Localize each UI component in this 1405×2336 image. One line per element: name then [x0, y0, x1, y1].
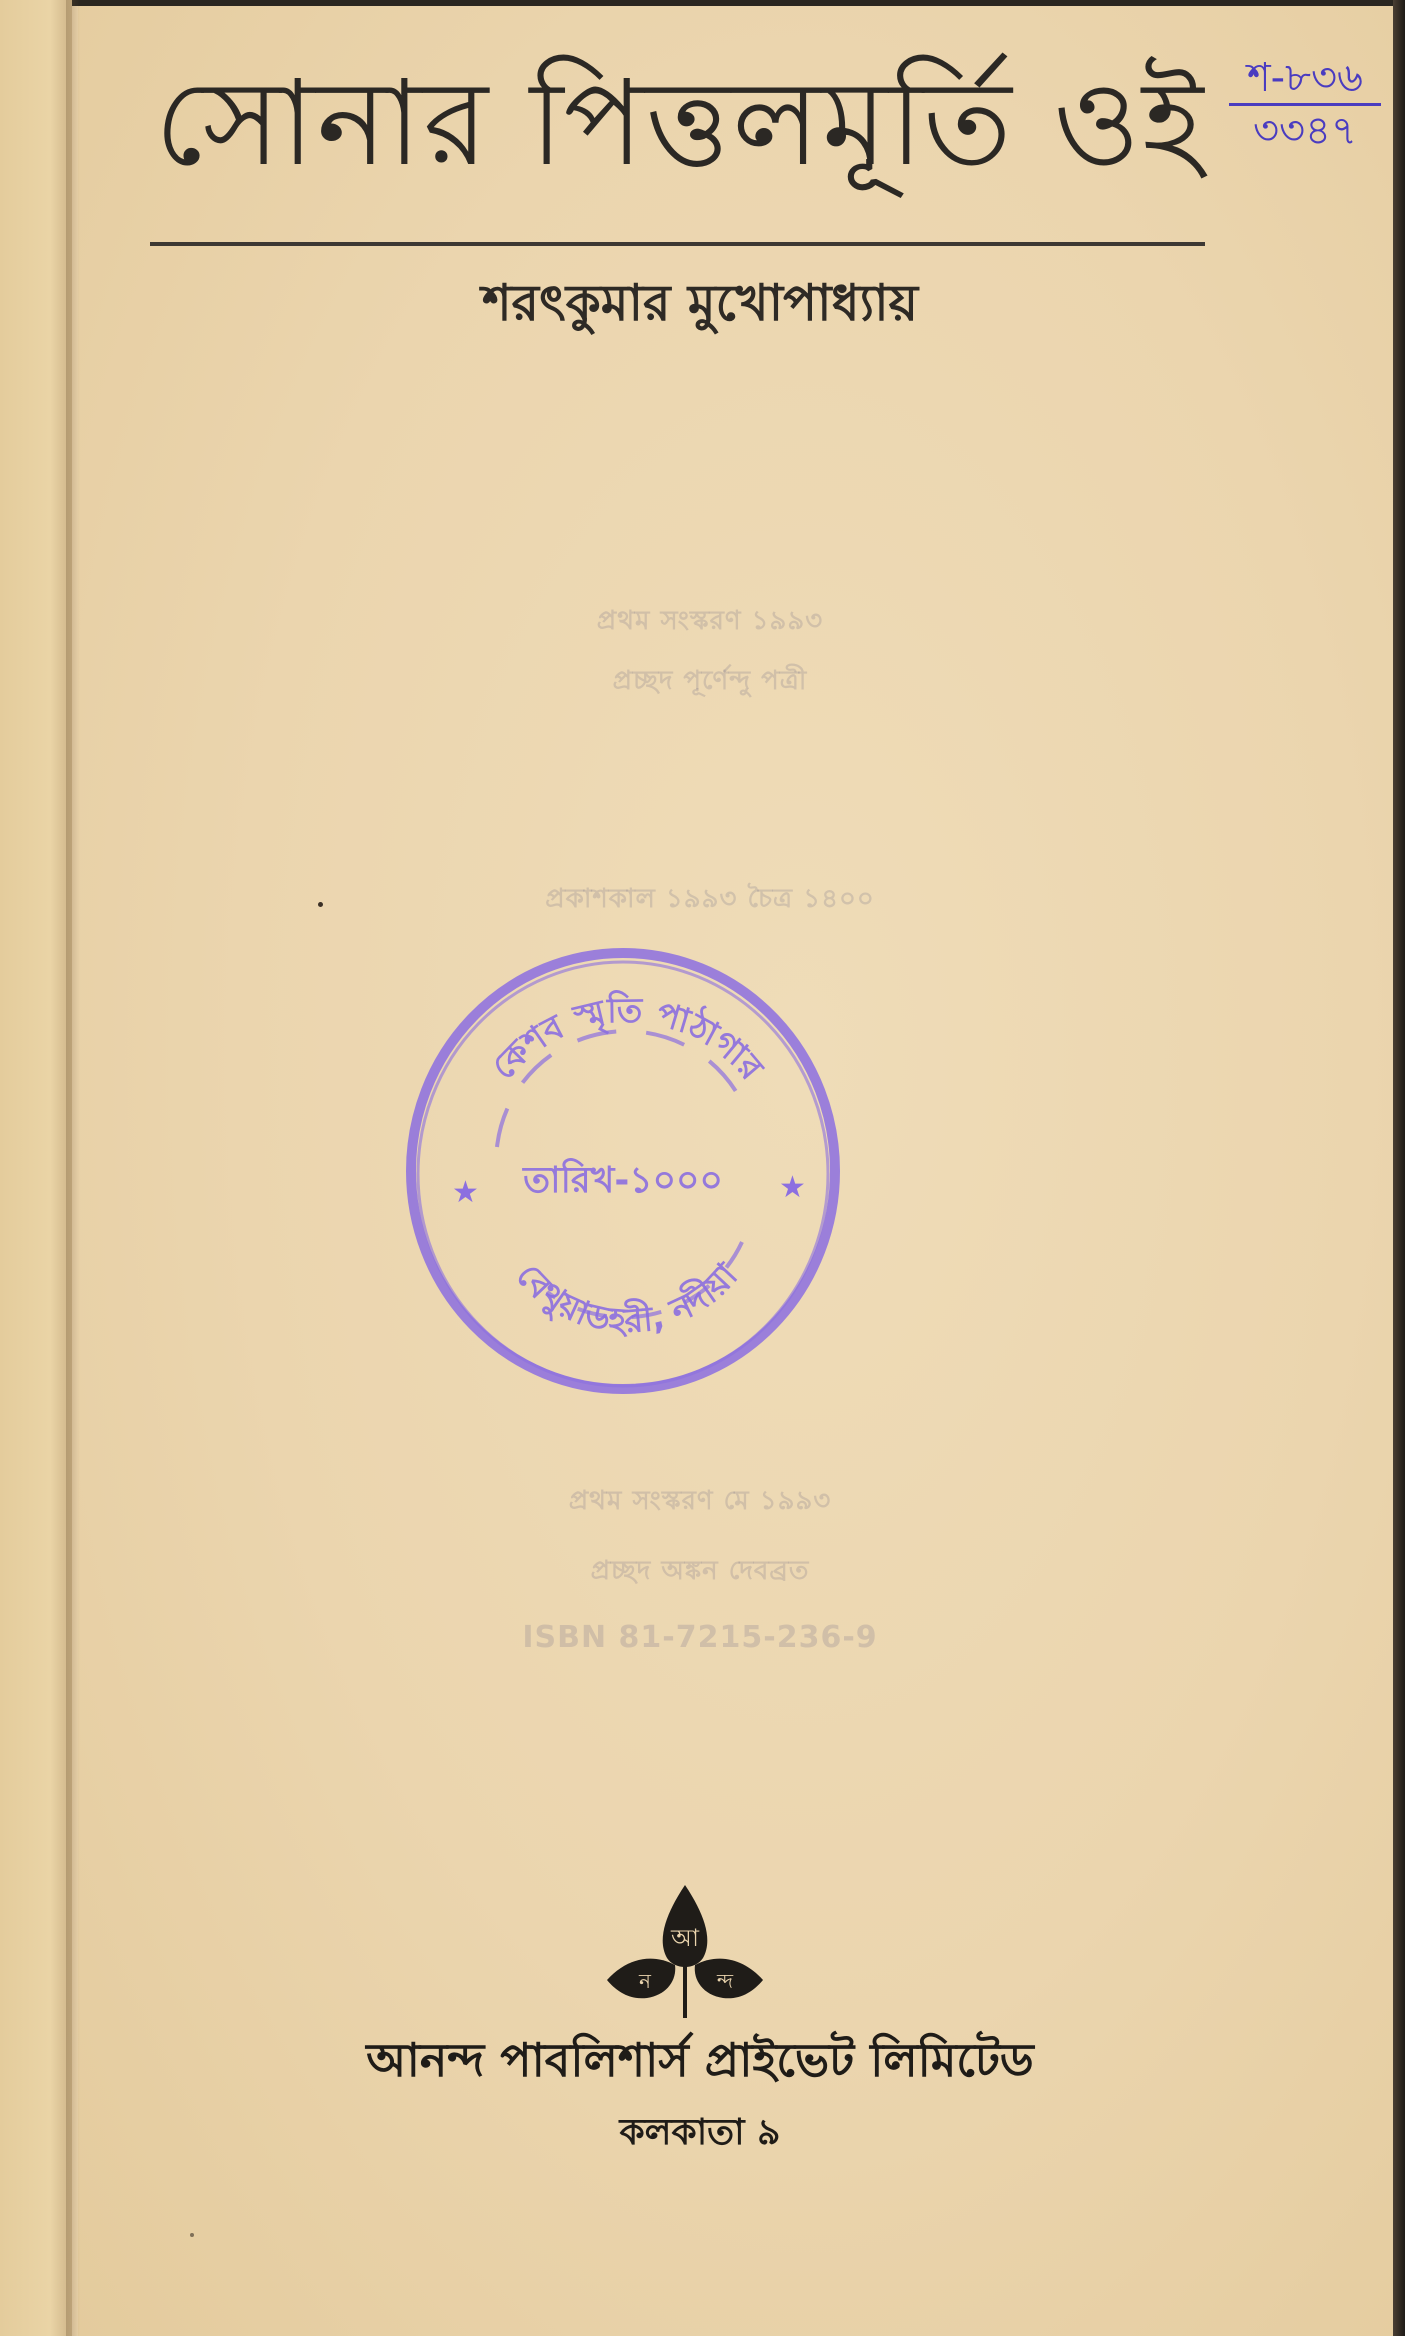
handwritten-call-number: শ-৮৩৬ ৩৩৪৭ [1215, 55, 1395, 154]
call-number-divider [1229, 103, 1381, 106]
library-stamp: কেশব স্মৃতি পাঠাগার বেথুয়াডহরী, নদীয়া … [397, 942, 849, 1400]
paper-speck [190, 2233, 194, 2237]
show-through-text-1: প্রথম সংস্করণ ১৯৯৩ [430, 600, 990, 644]
logo-left-letter: ন [638, 1969, 652, 1993]
publisher-logo: আ ন ন্দ [595, 1880, 775, 2020]
book-author: শরৎকুমার মুখোপাধ্যায় [300, 268, 1100, 338]
title-divider [150, 242, 1205, 246]
show-through-isbn: ISBN 81-7215-236-9 [500, 1620, 900, 1655]
show-through-text-3: প্রকাশকাল ১৯৯৩ চৈত্র ১৪০০ [430, 878, 990, 922]
show-through-text-5: প্রচ্ছদ অঙ্কন দেবব্রত [500, 1550, 900, 1594]
logo-top-letter: আ [670, 1924, 700, 1952]
stamp-center-text: তারিখ-১০০০ [521, 1158, 723, 1201]
stamp-star-right-icon: ★ [779, 1170, 806, 1205]
logo-right-letter: ন্দ [716, 1969, 734, 1993]
svg-text:বেথুয়াডহরী, নদীয়া: বেথুয়াডহরী, নদীয়া [508, 1255, 747, 1342]
publisher-city: কলকাতা ৯ [500, 2108, 900, 2158]
call-number-top: শ-৮৩৬ [1215, 55, 1395, 101]
stamp-top-text: কেশব স্মৃতি পাঠাগার [484, 990, 772, 1089]
show-through-text-4: প্রথম সংস্করণ মে ১৯৯৩ [500, 1480, 900, 1524]
call-number-bottom: ৩৩৪৭ [1215, 108, 1395, 154]
stamp-star-left-icon: ★ [452, 1175, 479, 1210]
three-leaf-logo-icon: আ ন ন্দ [595, 1880, 775, 2020]
stamp-seal-icon: কেশব স্মৃতি পাঠাগার বেথুয়াডহরী, নদীয়া … [397, 942, 849, 1400]
stamp-bottom-text: বেথুয়াডহরী, নদীয়া [508, 1255, 747, 1342]
gutter-shadow [66, 0, 80, 2336]
scan-right-edge [1393, 0, 1405, 2336]
paper-speck [318, 902, 323, 907]
book-title: সোনার পিত্তলমূর্তি ওই [140, 48, 1220, 198]
publisher-name: আনন্দ পাবলিশার্স প্রাইভেট লিমিটেড [260, 2030, 1140, 2090]
show-through-text-2: প্রচ্ছদ পূর্ণেন্দু পত্রী [430, 660, 990, 704]
svg-text:কেশব স্মৃতি পাঠাগার: কেশব স্মৃতি পাঠাগার [484, 990, 772, 1089]
previous-page-fold [0, 0, 72, 2336]
